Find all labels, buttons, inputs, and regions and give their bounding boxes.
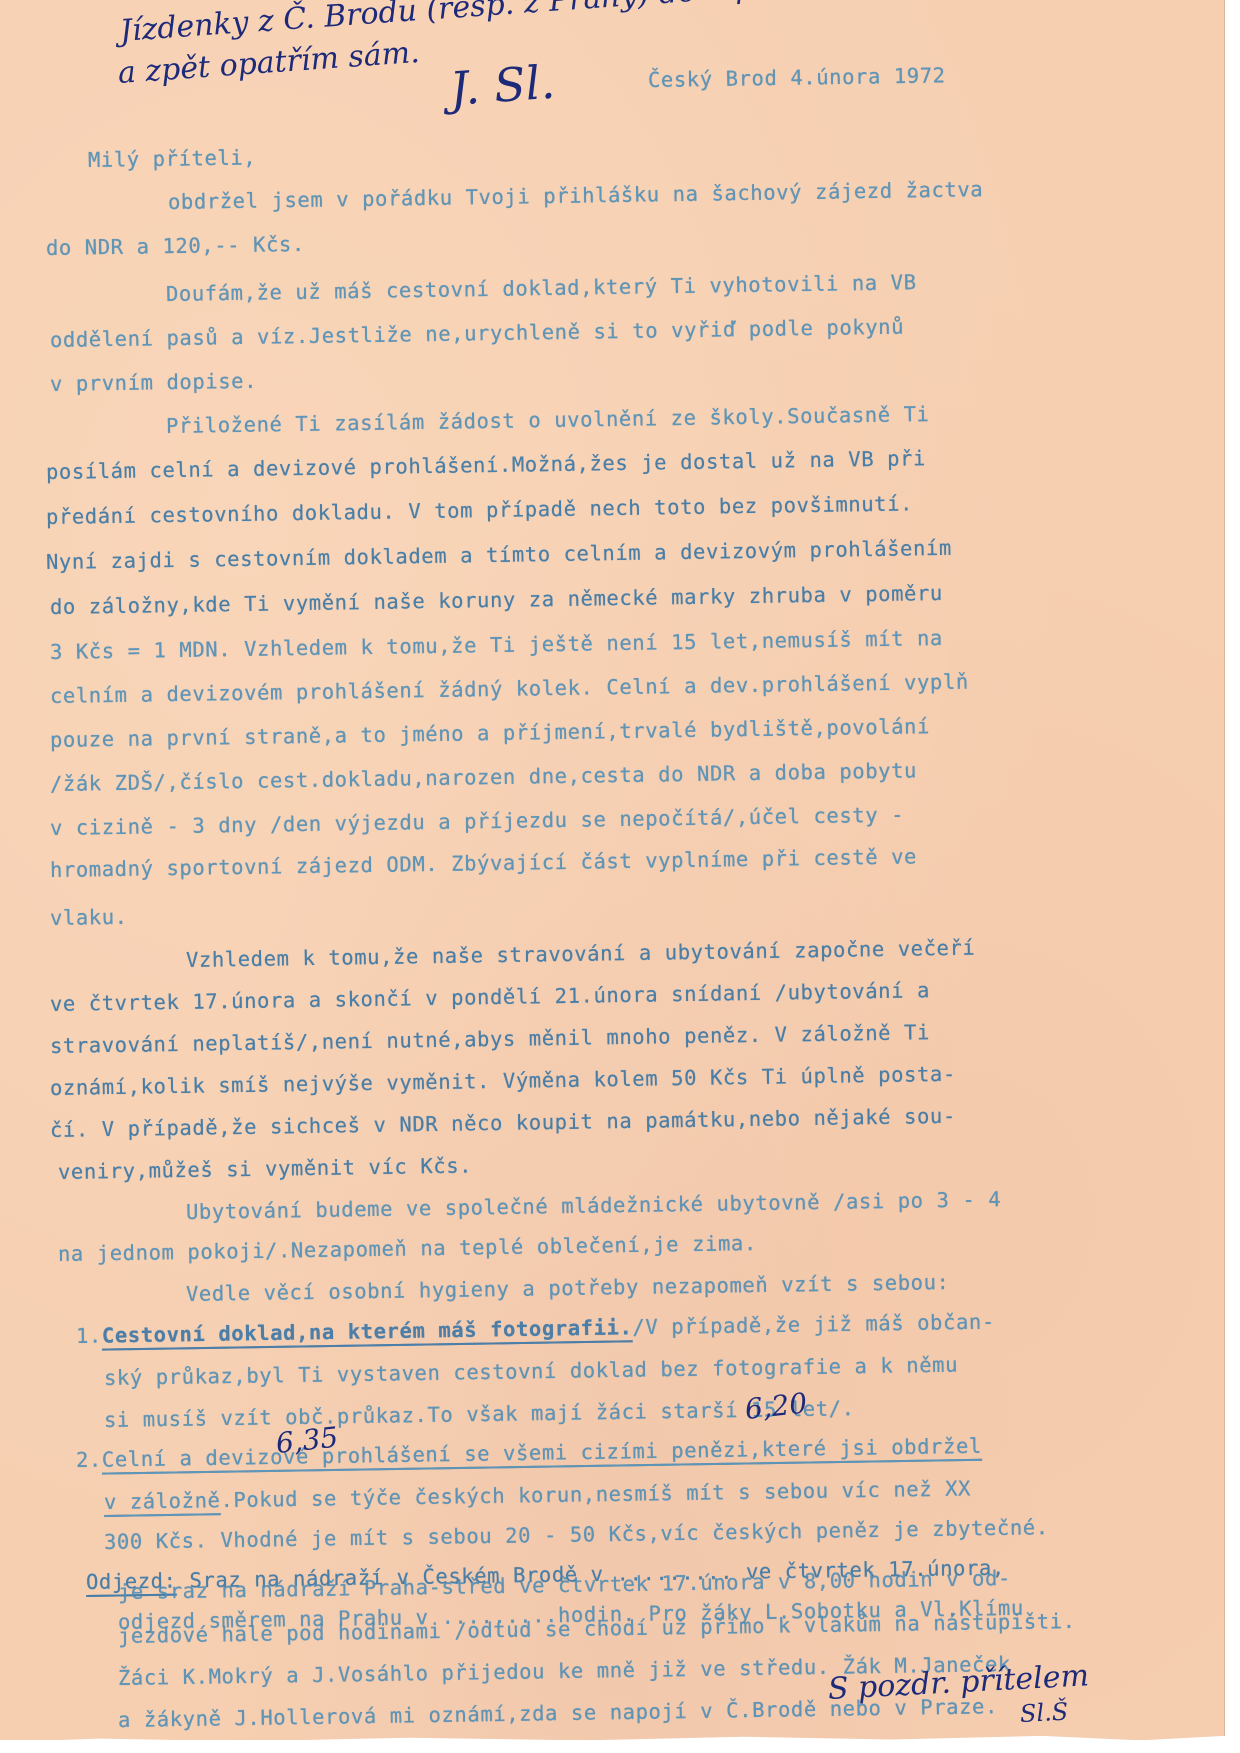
- place-date: Český Brod 4.února 1972: [648, 63, 946, 92]
- list-number: 2.: [76, 1448, 102, 1472]
- body-line: v cizině - 3 dny /den výjezdu a příjezdu…: [50, 803, 904, 840]
- underlined-text: Cestovní doklad,na kterém máš fotografii…: [102, 1315, 633, 1347]
- body-line: hromadný sportovní zájezd ODM. Zbývající…: [50, 844, 917, 882]
- handwritten-time-prague-departure: 6,35: [274, 1421, 339, 1460]
- body-line: Přiložené Ti zasílám žádost o uvolnění z…: [166, 402, 930, 438]
- body-line: /žák ZDŠ/,číslo cest.dokladu,narozen dne…: [50, 758, 917, 796]
- body-line: do NDR a 120,-- Kčs.: [46, 232, 305, 260]
- body-line: 300 Kčs. Vhodné je mít s sebou 20 - 50 K…: [104, 1515, 1049, 1554]
- list-number: 1.: [76, 1324, 102, 1348]
- body-line: Nyní zajdi s cestovním dokladem a tímto …: [46, 536, 952, 574]
- body-line: Ubytování budeme ve společné mládežnické…: [186, 1187, 1002, 1224]
- body-line: předání cestovního dokladu. V tom případ…: [46, 491, 913, 529]
- handwritten-time-cesky-brod: 6,20: [743, 1387, 808, 1426]
- list-item-1: 1.Cestovní doklad,na kterém máš fotograf…: [76, 1310, 995, 1348]
- underlined-text: Celní a devizové prohlášení se všemi ciz…: [102, 1434, 982, 1472]
- list-item-text: .Pokud se týče českých korun,nesmíš mít …: [220, 1476, 971, 1512]
- body-line: 3 Kčs = 1 MDN. Vzhledem k tomu,že Ti ješ…: [50, 626, 943, 664]
- body-line: ský průkaz,byl Ti vystaven cestovní dokl…: [104, 1353, 958, 1390]
- underlined-text: v záložně: [104, 1488, 221, 1514]
- body-line: v prvním dopise.: [50, 369, 257, 396]
- body-line: si musíš vzít obč.průkaz.To však mají žá…: [104, 1396, 855, 1432]
- body-line: Vzhledem k tomu,že naše stravování a uby…: [186, 936, 976, 972]
- list-item-2: 2.Celní a devizové prohlášení se všemi c…: [76, 1434, 982, 1472]
- handwritten-note-line-1: Jízdenky z Č. Brodu (resp. z Prahy) do L…: [119, 0, 807, 49]
- body-line: posílám celní a devizové prohlášení.Možn…: [46, 446, 926, 484]
- body-line: do záložny,kde Ti vymění naše koruny za …: [50, 581, 943, 619]
- body-line: celním a devizovém prohlášení žádný kole…: [50, 670, 969, 708]
- body-line: obdržel jsem v pořádku Tvoji přihlášku n…: [168, 177, 984, 214]
- body-line: Doufám,že už máš cestovní doklad,který T…: [166, 270, 917, 306]
- body-line: na jednom pokoji/.Nezapomeň na teplé obl…: [58, 1231, 757, 1266]
- letter-page: Jízdenky z Č. Brodu (resp. z Prahy) do L…: [0, 0, 1225, 1740]
- body-line: oznámí,kolik smíš nejvýše vyměnit. Výměn…: [50, 1062, 956, 1100]
- body-line: stravování neplatíš/,není nutné,abys měn…: [50, 1020, 930, 1058]
- body-line: Vedle věcí osobní hygieny a potřeby neza…: [186, 1270, 950, 1306]
- body-line: ve čtvrtek 17.února a skončí v pondělí 2…: [50, 978, 930, 1016]
- list-item-text: /V případě,že již máš občan-: [632, 1310, 995, 1340]
- body-line: vlaku.: [50, 905, 128, 930]
- list-item-2-cont: v záložně.Pokud se týče českých korun,ne…: [104, 1476, 971, 1514]
- body-line: oddělení pasů a víz.Jestliže ne,urychlen…: [50, 315, 904, 352]
- body-line: veniry,můžeš si vyměnit víc Kčs.: [58, 1153, 472, 1184]
- handwritten-signature: Sl.Š: [1019, 1697, 1069, 1727]
- handwritten-initials: J. Sl.: [448, 55, 556, 116]
- salutation: Milý příteli,: [88, 145, 257, 172]
- body-line: pouze na první straně,a to jméno a příjm…: [50, 714, 930, 752]
- body-line: čí. V případě,že sichceš v NDR něco koup…: [50, 1104, 956, 1142]
